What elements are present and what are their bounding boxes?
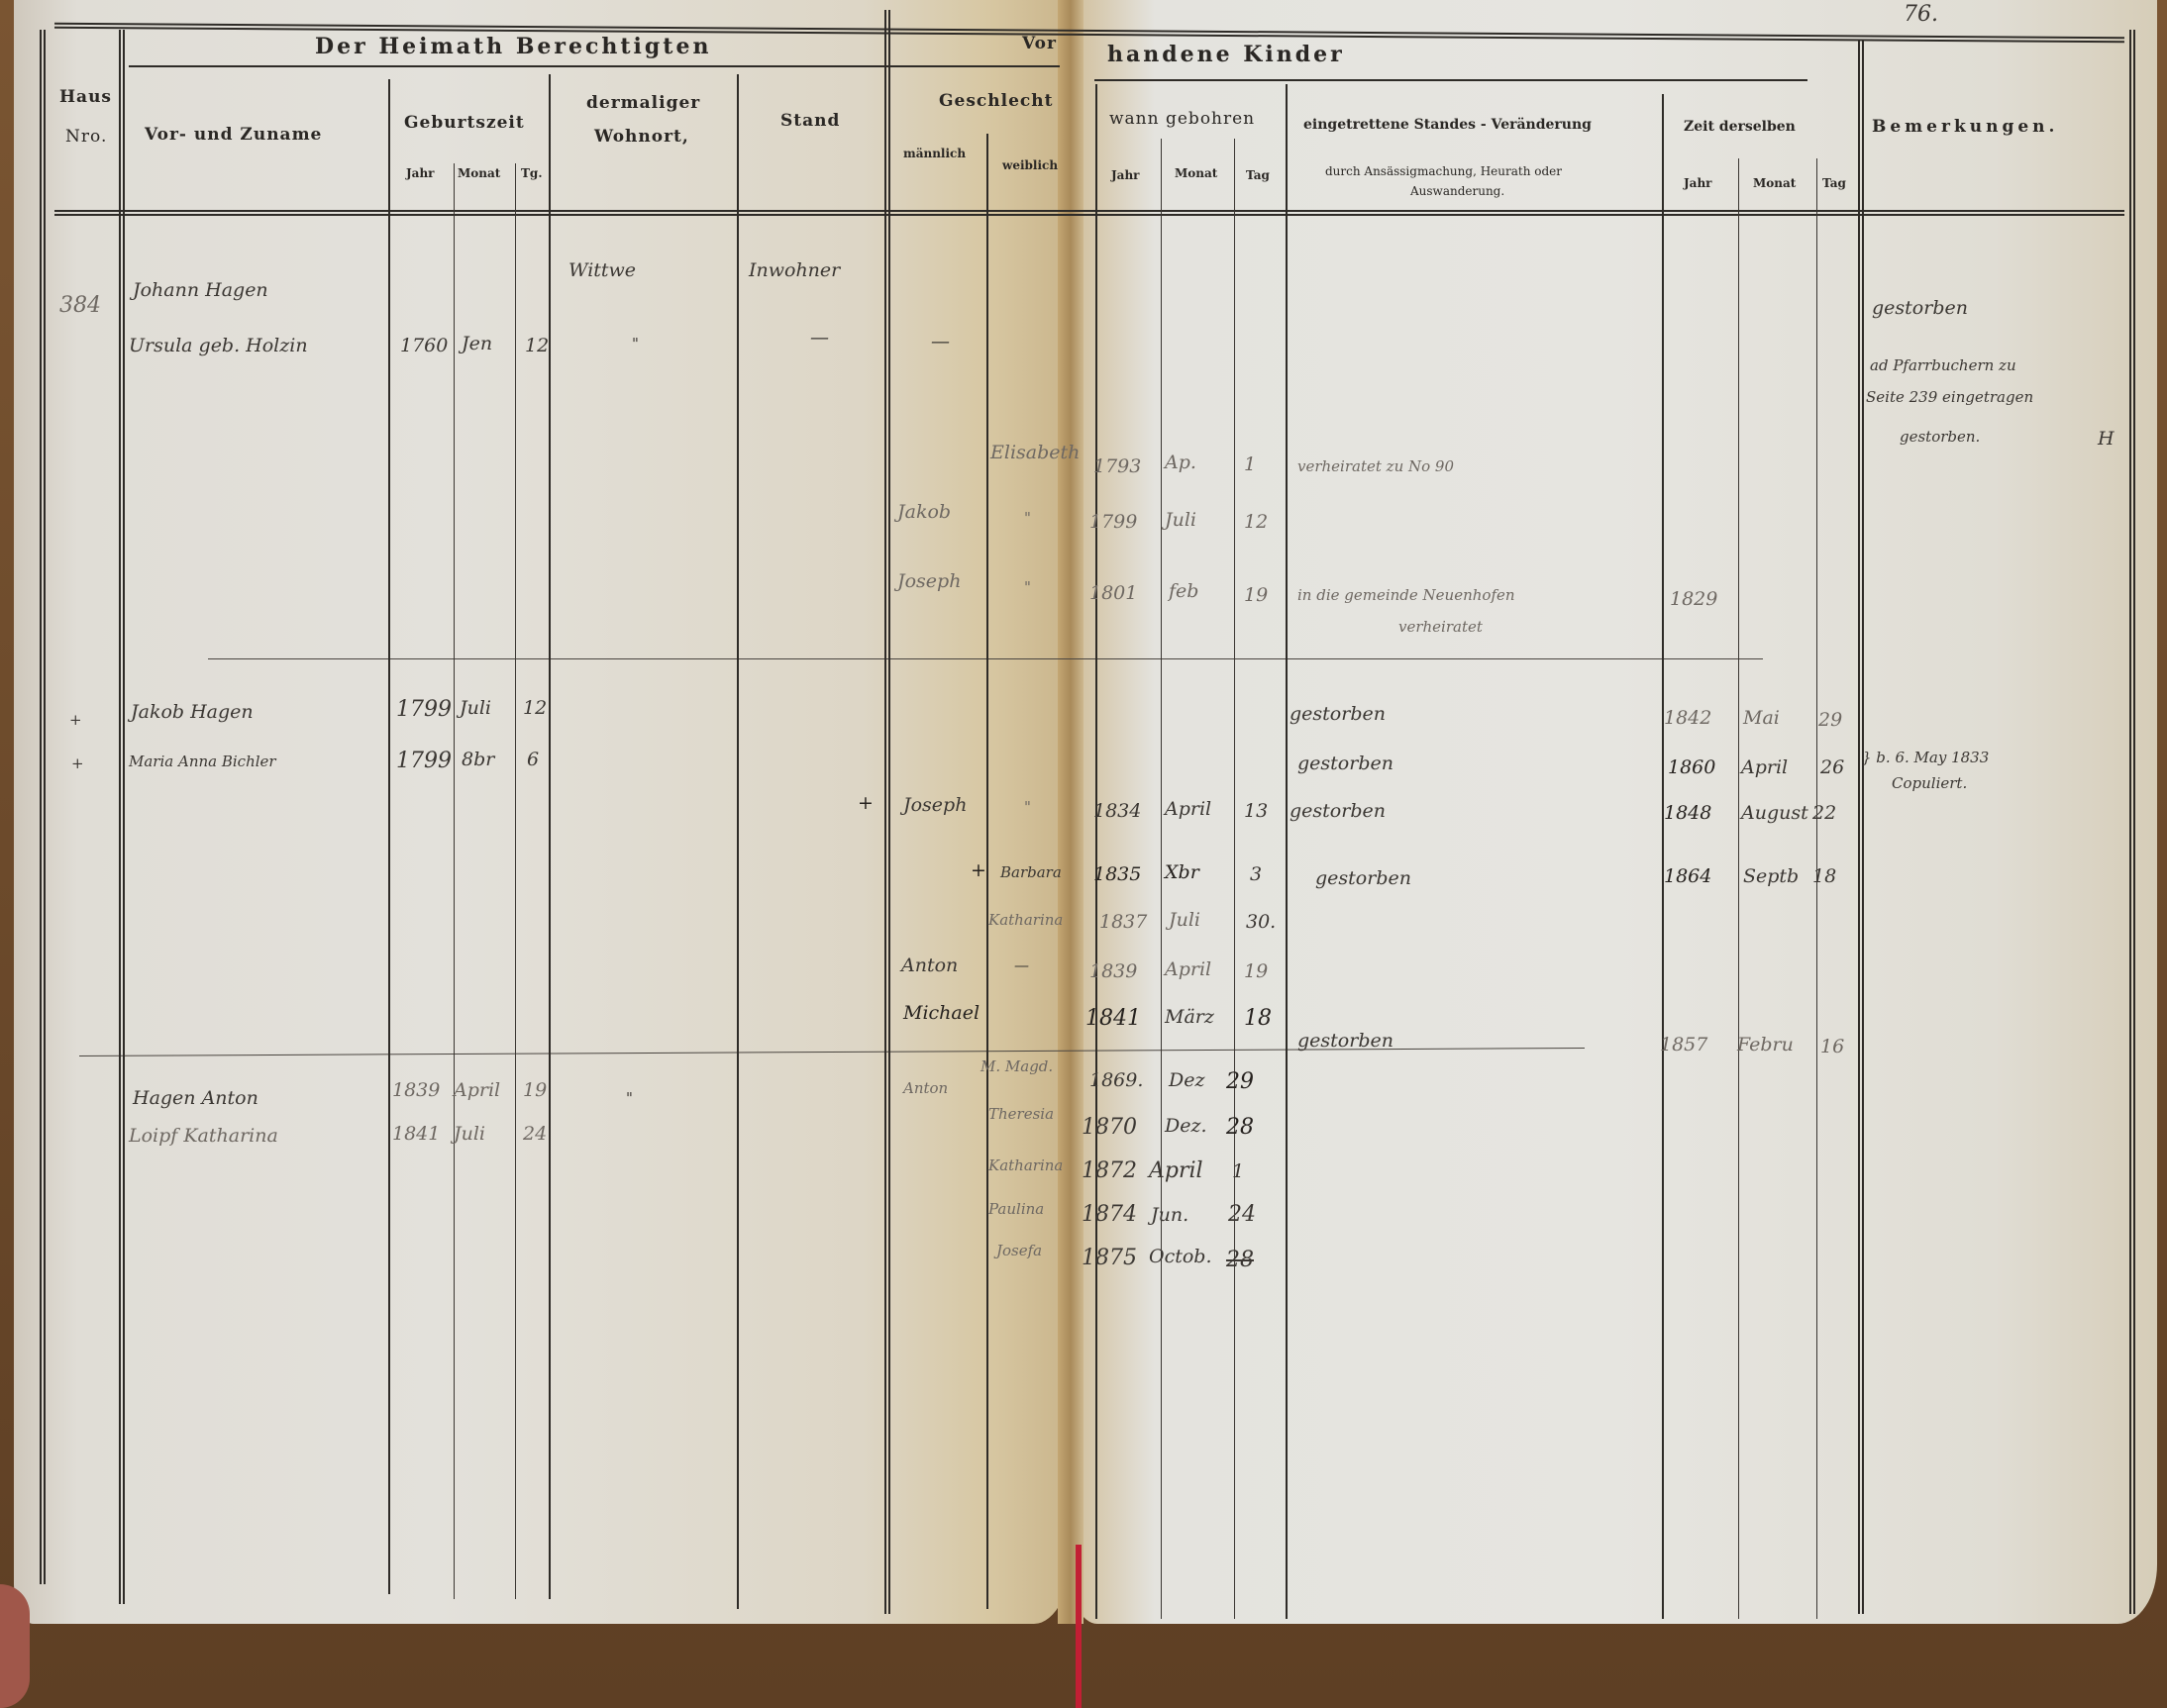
header-male: männlich xyxy=(903,147,966,160)
rule-time-year xyxy=(1738,158,1739,1619)
hh3-child2-female: Theresia xyxy=(988,1105,1054,1123)
hh1-child2-day: 12 xyxy=(1244,511,1268,533)
header-time-day: Tag xyxy=(1822,176,1846,190)
hh2-child3-month: Juli xyxy=(1169,909,1200,931)
header-birth-year: Jahr xyxy=(406,166,435,180)
hh2-head-change: gestorben xyxy=(1290,703,1386,725)
header-change-sub-1: durch Ansässigmachung, Heurath oder xyxy=(1325,164,1562,178)
hh2-spouse-mark: + xyxy=(71,754,84,772)
hh2-head-mark: + xyxy=(69,711,82,729)
hh2-head-change-year: 1842 xyxy=(1664,707,1711,729)
hh1-child3-month: feb xyxy=(1169,580,1198,602)
hh1-child3-change: in die gemeinde Neuenhofen xyxy=(1297,586,1515,604)
hh3-head-birth-month: April xyxy=(454,1079,500,1101)
hh3-head-name: Hagen Anton xyxy=(133,1087,258,1109)
header-haus: Haus xyxy=(59,87,112,107)
hh3-child1-female: M. Magd. xyxy=(980,1057,1053,1075)
hh1-child3-change-2: verheiratet xyxy=(1398,618,1483,636)
hh2-child1-day: 13 xyxy=(1244,800,1268,822)
hh2-child5-day: 18 xyxy=(1244,1006,1272,1031)
hh1-spouse-birth-day: 12 xyxy=(525,335,549,356)
hh2-child5-change: gestorben xyxy=(1297,1030,1393,1052)
hh1-child3-male: Joseph xyxy=(897,570,961,592)
hh1-spouse-birth-year: 1760 xyxy=(400,335,448,356)
hh2-child4-month: April xyxy=(1165,958,1211,980)
hh2-child4-year: 1839 xyxy=(1089,960,1137,982)
hh2-child1-change: gestorben xyxy=(1290,800,1386,822)
hh3-spouse-birth-day: 24 xyxy=(523,1123,547,1145)
hh2-spouse-birth-year: 1799 xyxy=(396,749,452,773)
hh1-head-residence: Wittwe xyxy=(568,259,636,281)
hh3-child4-day: 24 xyxy=(1228,1202,1256,1227)
header-remarks: Bemerkungen. xyxy=(1872,117,2058,137)
hh2-child5-year: 1841 xyxy=(1085,1006,1141,1031)
header-time-month: Monat xyxy=(1753,176,1796,190)
hh2-spouse-change: gestorben xyxy=(1297,753,1393,774)
header-bottom-border xyxy=(54,210,2124,216)
hh1-child1-day: 1 xyxy=(1244,453,1256,475)
hh1-child1-year: 1793 xyxy=(1093,455,1141,477)
hh2-child1-year: 1834 xyxy=(1093,800,1141,822)
header-status: Stand xyxy=(780,111,840,131)
rule-residence xyxy=(737,74,739,1609)
hh2-child5-male: Michael xyxy=(903,1002,980,1024)
header-time-year: Jahr xyxy=(1684,176,1712,190)
hh3-child2-day: 28 xyxy=(1226,1115,1254,1140)
rule-born-start xyxy=(1095,84,1097,1619)
hh2-child3-year: 1837 xyxy=(1099,911,1147,933)
rule-change xyxy=(1662,94,1664,1619)
header-name: Vor- und Zuname xyxy=(145,125,322,145)
hh1-child1-change: verheiratet zu No 90 xyxy=(1297,457,1454,475)
household-divider-1 xyxy=(208,658,1763,659)
hh3-child3-month: April xyxy=(1149,1158,1203,1183)
hh1-child2-year: 1799 xyxy=(1089,511,1137,533)
header-born: wann gebohren xyxy=(1109,109,1255,129)
hh3-child2-month: Dez. xyxy=(1165,1115,1207,1137)
hh2-child1-month: April xyxy=(1165,798,1211,820)
hh1-child3-change-year: 1829 xyxy=(1670,588,1717,610)
hh1-child1-female: Elisabeth xyxy=(990,442,1080,463)
hh2-child2-month: Xbr xyxy=(1165,861,1199,883)
right-page xyxy=(1068,0,2157,1624)
rule-birth-day xyxy=(549,74,551,1599)
hh2-child1-time-day: 22 xyxy=(1812,802,1836,824)
hh3-child3-female: Katharina xyxy=(988,1156,1063,1174)
header-birth-month: Monat xyxy=(458,166,500,180)
hh3-spouse-birth-year: 1841 xyxy=(392,1123,440,1145)
hh1-head-status: Inwohner xyxy=(749,259,840,281)
hh2-child5-time-month: Febru xyxy=(1737,1034,1794,1055)
hh1-remark-mark: H xyxy=(2098,428,2115,450)
hh3-child4-year: 1874 xyxy=(1082,1202,1137,1227)
rule-birth-year xyxy=(454,163,455,1599)
rule-left-margin xyxy=(40,30,46,1584)
hh1-child2-female: " xyxy=(1024,509,1031,527)
hh1-child2-month: Juli xyxy=(1165,509,1196,531)
hh1-remark-3: Seite 239 eingetragen xyxy=(1866,388,2033,406)
hh2-child4-female: — xyxy=(1014,956,1029,974)
hh1-remark-1: gestorben xyxy=(1872,297,1968,319)
header-born-year: Jahr xyxy=(1111,168,1140,182)
rule-right-margin xyxy=(2129,30,2135,1614)
hh3-child3-day: 1 xyxy=(1232,1160,1244,1182)
hh3-spouse-name: Loipf Katharina xyxy=(129,1125,278,1147)
hh1-child2-male: Jakob xyxy=(897,501,951,523)
header-sex: Geschlecht xyxy=(939,91,1053,111)
hh2-child2-change: gestorben xyxy=(1315,867,1411,889)
rule-haus-nro xyxy=(119,30,125,1604)
header-residence-1: dermaliger xyxy=(586,93,700,113)
hh2-child1-female: " xyxy=(1024,798,1031,816)
hh2-head-birth-month: Juli xyxy=(460,697,491,719)
hh1-spouse-birth-month: Jen xyxy=(462,333,492,354)
hh3-child1-month: Dez xyxy=(1169,1069,1205,1091)
header-right-title-start: Vor xyxy=(1022,34,1057,53)
hh2-child5-time-year: 1857 xyxy=(1660,1034,1707,1055)
hh2-child1-time-month: August xyxy=(1741,802,1808,824)
hh3-child4-month: Jun. xyxy=(1151,1204,1188,1226)
hh2-child2-female: Barbara xyxy=(1000,863,1062,881)
hh2-spouse-birth-day: 6 xyxy=(527,749,539,770)
rule-status xyxy=(884,10,890,1614)
hh2-child1-time-year: 1848 xyxy=(1664,802,1711,824)
rule-sex xyxy=(986,134,988,1609)
hh2-child2-mark: + xyxy=(971,859,986,881)
hh1-spouse-residence: " xyxy=(632,335,639,352)
hh3-child5-female: Josefa xyxy=(996,1242,1042,1259)
hh1-spouse-name: Ursula geb. Holzin xyxy=(129,335,308,356)
hh1-sex-dash: — xyxy=(931,331,950,352)
hh2-head-birth-day: 12 xyxy=(523,697,547,719)
header-born-day: Tag xyxy=(1246,168,1270,182)
hh2-child2-time-year: 1864 xyxy=(1664,865,1711,887)
hh2-child2-day: 3 xyxy=(1250,863,1262,885)
hh3-head-birth-year: 1839 xyxy=(392,1079,440,1101)
hh1-child3-day: 19 xyxy=(1244,584,1268,606)
hh2-head-name: Jakob Hagen xyxy=(131,701,254,723)
header-change: eingetrettene Standes - Veränderung xyxy=(1303,117,1592,133)
hh2-spouse-birth-month: 8br xyxy=(462,749,494,770)
hh1-remark-4: gestorben. xyxy=(1900,428,1980,446)
hh2-child1-mark: + xyxy=(858,792,874,814)
hh3-child1-male: Anton xyxy=(903,1079,948,1097)
hh2-spouse-name: Maria Anna Bichler xyxy=(129,753,276,770)
hh1-head-name: Johann Hagen xyxy=(133,279,268,301)
hh2-head-birth-year: 1799 xyxy=(396,697,452,722)
hh3-child5-year: 1875 xyxy=(1082,1246,1137,1270)
open-register-book: 76. Der Heimath Berechtigten Vor handene… xyxy=(0,0,2167,1708)
ribbon-bookmark xyxy=(1076,1545,1082,1708)
hh3-child3-year: 1872 xyxy=(1082,1158,1137,1183)
rule-birth-month xyxy=(515,163,516,1599)
header-birth-day: Tg. xyxy=(521,166,543,180)
page-number: 76. xyxy=(1904,2,1938,27)
rule-name xyxy=(388,79,390,1594)
header-nro: Nro. xyxy=(65,127,107,147)
header-right-title: handene Kinder xyxy=(1107,42,1345,67)
hh2-child2-time-month: Septb xyxy=(1743,865,1799,887)
book-gutter xyxy=(1058,0,1083,1624)
hh3-child4-female: Paulina xyxy=(988,1200,1044,1218)
hh2-head-change-day: 29 xyxy=(1818,709,1842,731)
hh1-child3-female: " xyxy=(1024,578,1031,596)
hh2-child3-day: 30. xyxy=(1246,911,1276,933)
hh2-child3-female: Katharina xyxy=(988,911,1063,929)
header-change-sub-2: Auswanderung. xyxy=(1410,184,1504,198)
hh2-child5-time-day: 16 xyxy=(1820,1036,1844,1057)
hh3-spouse-birth-month: Juli xyxy=(454,1123,485,1145)
rule-born-year xyxy=(1161,139,1162,1619)
hh2-child1-male: Joseph xyxy=(903,794,967,816)
hh1-child3-year: 1801 xyxy=(1089,582,1137,604)
hh2-remark: } b. 6. May 1833 xyxy=(1862,749,1989,766)
hh2-child4-day: 19 xyxy=(1244,960,1268,982)
rule-born-month xyxy=(1234,139,1235,1619)
hh2-spouse-change-year: 1860 xyxy=(1668,756,1715,778)
hh2-head-change-month: Mai xyxy=(1743,707,1780,729)
rule-time-month xyxy=(1816,158,1817,1619)
hh2-spouse-change-day: 26 xyxy=(1820,756,1844,778)
house-number: 384 xyxy=(59,293,101,318)
hh2-child4-male: Anton xyxy=(901,954,958,976)
header-left-title: Der Heimath Berechtigten xyxy=(315,34,711,59)
thumb xyxy=(0,1584,30,1708)
hh3-head-birth-day: 19 xyxy=(523,1079,547,1101)
hh3-child1-day: 29 xyxy=(1226,1069,1254,1094)
hh2-child2-year: 1835 xyxy=(1093,863,1141,885)
hh1-remark-2: ad Pfarrbuchern zu xyxy=(1870,356,2016,374)
rule-born-day xyxy=(1286,84,1288,1619)
rule-remarks xyxy=(1858,40,1864,1614)
header-time: Zeit derselben xyxy=(1684,119,1796,135)
header-born-month: Monat xyxy=(1175,166,1217,180)
header-residence-2: Wohnort, xyxy=(594,127,689,147)
header-birth: Geburtszeit xyxy=(404,113,525,133)
hh3-child5-day: 28 xyxy=(1226,1248,1254,1272)
title-divider-left xyxy=(129,65,1060,67)
header-female: weiblich xyxy=(1002,158,1058,172)
hh3-child5-month: Octob. xyxy=(1149,1246,1212,1267)
hh3-child2-year: 1870 xyxy=(1082,1115,1137,1140)
hh1-child1-month: Ap. xyxy=(1165,452,1196,473)
title-divider-right xyxy=(1094,79,1807,81)
hh2-spouse-change-month: April xyxy=(1741,756,1788,778)
hh3-head-residence: " xyxy=(626,1089,633,1107)
hh2-child5-month: März xyxy=(1165,1006,1214,1028)
hh3-child1-year: 1869. xyxy=(1089,1069,1143,1091)
hh2-child2-time-day: 18 xyxy=(1812,865,1836,887)
hh2-remark-2: Copuliert. xyxy=(1892,774,1967,792)
hh1-status-dash: — xyxy=(810,327,829,349)
